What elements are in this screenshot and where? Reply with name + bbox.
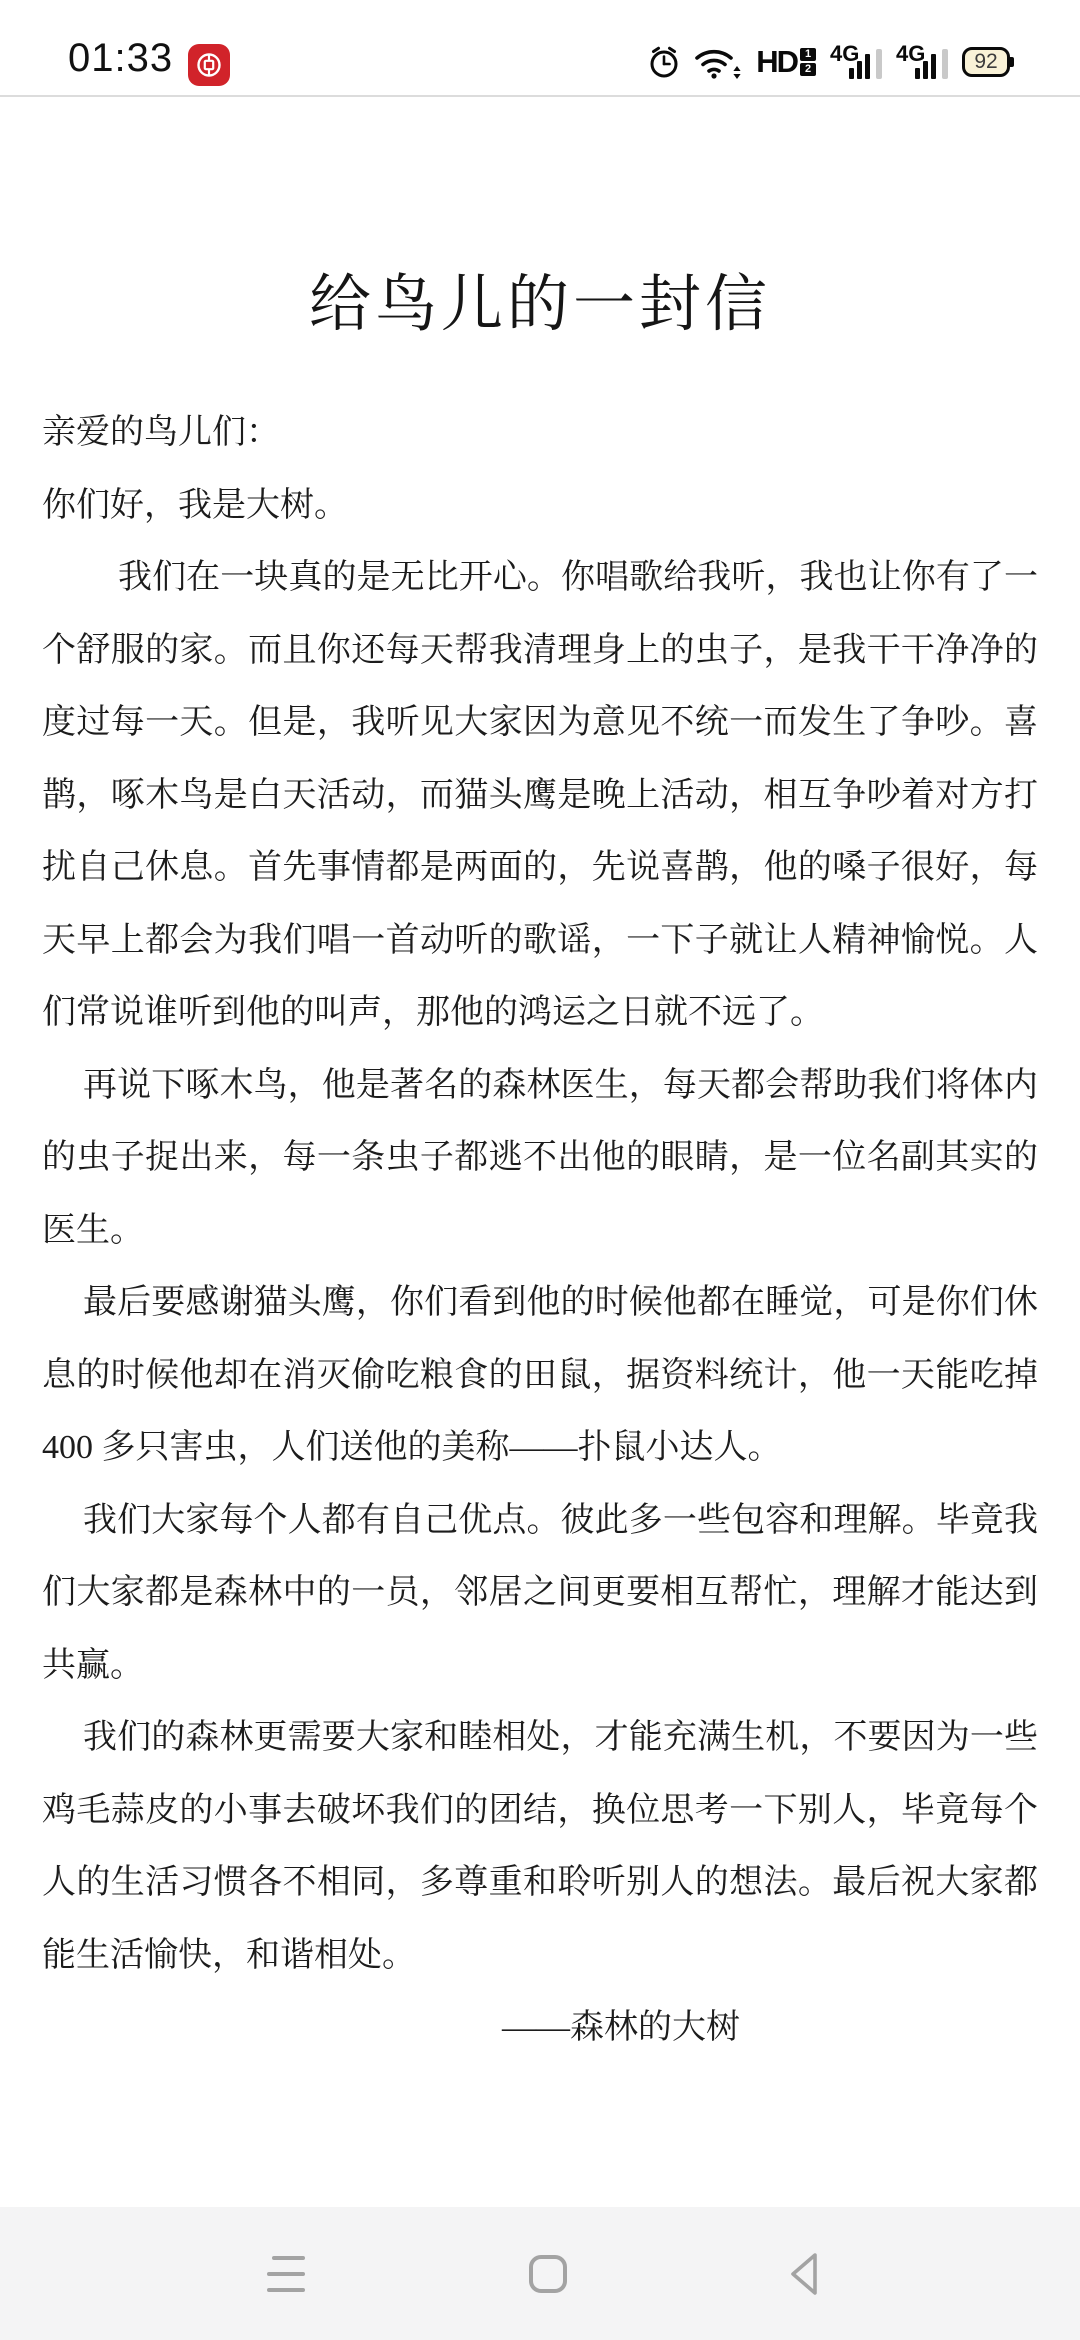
letter-paragraph: 再说下啄木鸟，他是著名的森林医生，每天都会帮助我们将体内的虫子捉出来，每一条虫子…: [42, 1050, 1038, 1268]
battery-nub-icon: [1010, 57, 1014, 67]
letter-salutation: 亲爱的鸟儿们：: [42, 397, 1038, 470]
menu-icon: [267, 2256, 305, 2292]
wifi-up-arrow-icon: [734, 66, 741, 71]
menu-button[interactable]: [226, 2207, 346, 2340]
status-bar: 01:33: [0, 0, 1080, 95]
home-icon: [529, 2255, 567, 2293]
bank-app-notification-icon: [188, 44, 230, 86]
back-icon: [784, 2250, 828, 2298]
sim1-signal-bars-icon: [849, 54, 870, 79]
home-button[interactable]: [488, 2207, 608, 2340]
hd-label: HD: [756, 44, 797, 80]
sim1-signal-icon: 4G: [830, 45, 882, 79]
sim1-badge: 1: [800, 48, 816, 61]
navigation-bar: [0, 2207, 1080, 2340]
sim2-signal-bars-icon: [915, 54, 936, 79]
document-body: 亲爱的鸟儿们： 你们好，我是大树。 我们在一块真的是无比开心。你唱歌给我听，我也…: [42, 397, 1038, 2065]
document-page[interactable]: 给鸟儿的一封信 亲爱的鸟儿们： 你们好，我是大树。 我们在一块真的是无比开心。你…: [0, 97, 1080, 2207]
bank-logo-icon: [192, 48, 226, 82]
battery-percent: 92: [974, 50, 997, 74]
sim2-signal-icon: 4G: [896, 45, 948, 79]
letter-paragraph: 我们的森林更需要大家和睦相处，才能充满生机，不要因为一些鸡毛蒜皮的小事去破坏我们…: [42, 1702, 1038, 1992]
letter-paragraph: 我们在一块真的是无比开心。你唱歌给我听，我也让你有了一个舒服的家。而且你还每天帮…: [42, 542, 1038, 1050]
letter-paragraph: 最后要感谢猫头鹰，你们看到他的时候他都在睡觉，可是你们休息的时候他却在消灭偷吃粮…: [42, 1267, 1038, 1485]
letter-paragraph: 我们大家每个人都有自己优点。彼此多一些包容和理解。毕竟我们大家都是森林中的一员，…: [42, 1485, 1038, 1703]
volte-hd-indicator: HD 1 2: [756, 44, 816, 80]
wifi-down-arrow-icon: [734, 74, 741, 79]
alarm-clock-icon: [648, 45, 680, 79]
status-time: 01:33: [68, 36, 173, 81]
status-icons: HD 1 2 4G 4G 92: [648, 44, 1010, 80]
letter-greeting: 你们好，我是大树。: [42, 470, 1038, 543]
battery-indicator: 92: [962, 47, 1010, 77]
sim1-signal-empty-bar-icon: [876, 49, 882, 79]
back-button[interactable]: [746, 2207, 866, 2340]
document-title: 给鸟儿的一封信: [42, 257, 1038, 353]
sim2-badge: 2: [800, 63, 816, 76]
letter-signature: ——森林的大树: [42, 1992, 1038, 2065]
sim2-signal-empty-bar-icon: [942, 49, 948, 79]
phone-screen: 01:33: [0, 0, 1080, 2340]
dual-sim-badge-icon: 1 2: [800, 48, 816, 76]
wifi-icon: [694, 45, 742, 79]
